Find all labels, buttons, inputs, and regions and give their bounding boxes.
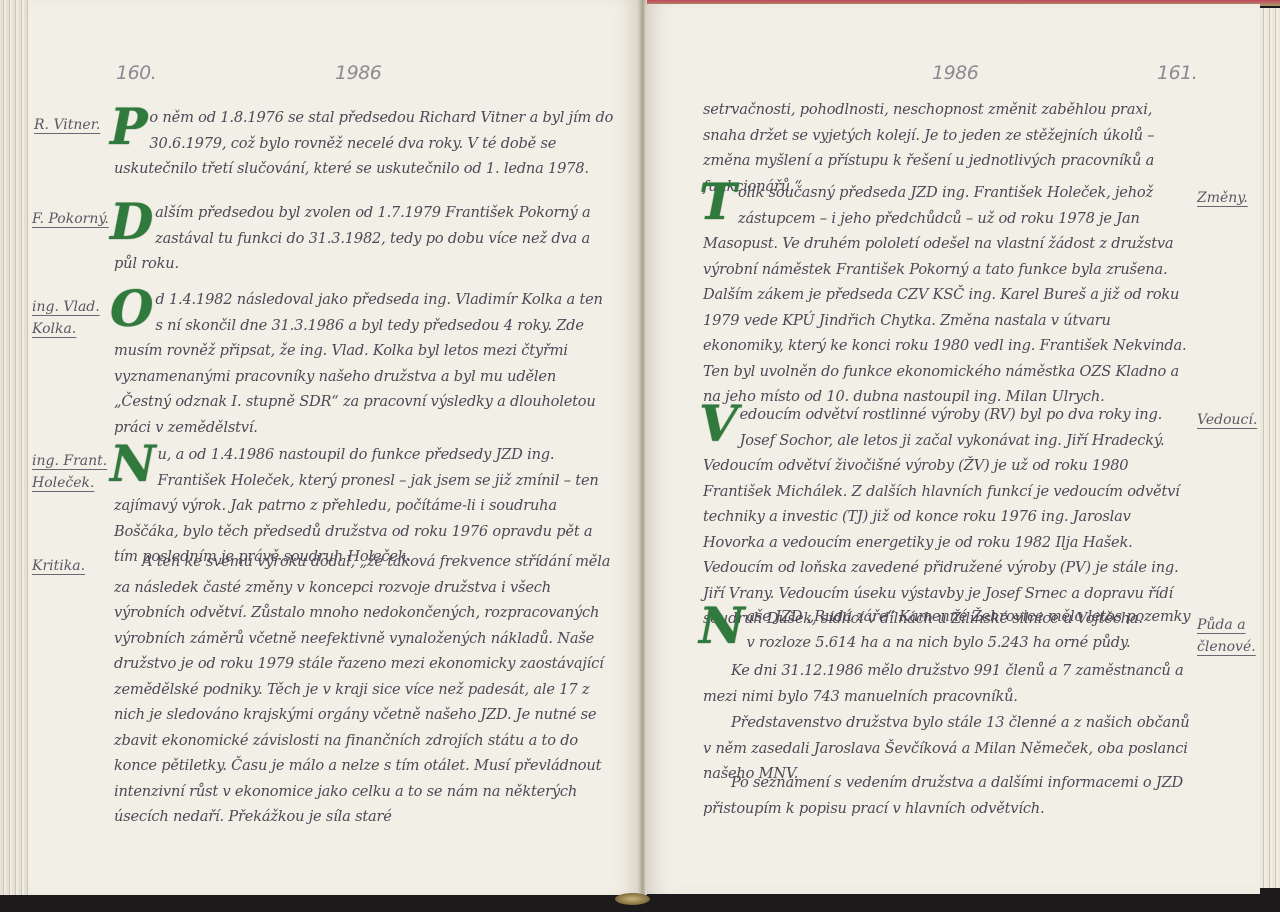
initial-letter-n: N — [699, 606, 745, 646]
paragraph-text: o něm od 1.8.1976 se stal předsedou Rich… — [114, 109, 613, 177]
initial-letter-v: V — [699, 404, 738, 444]
bookmark-ribbon — [615, 893, 650, 905]
margin-note-kolka: ing. Vlad. Kolka. — [32, 296, 102, 340]
paragraph-vitner: P o něm od 1.8.1976 se stal předsedou Ri… — [114, 105, 614, 182]
initial-letter-t: T — [699, 182, 736, 222]
initial-letter-o: O — [110, 289, 153, 329]
margin-note-pokorny: F. Pokorný. — [32, 208, 109, 230]
paragraph-kolka: O d 1.4.1982 následoval jako předseda in… — [114, 287, 614, 440]
left-page: 160. 1986 R. Vitner. P o něm od 1.8.1976… — [28, 0, 640, 895]
paragraph-text: d 1.4.1982 následoval jako předseda ing.… — [114, 291, 603, 436]
paragraph-text: u, a od 1.4.1986 nastoupil do funkce pře… — [114, 446, 599, 565]
paragraph-clenove: Ke dni 31.12.1986 mělo družstvo 991 člen… — [703, 658, 1193, 709]
right-page-number: 161. — [1157, 62, 1197, 84]
right-page: 1986 161. setrvačnosti, pohodlnosti, nes… — [645, 4, 1260, 894]
paragraph-vedouci: V edoucím odvětví rostlinné výroby (RV) … — [703, 402, 1193, 632]
paragraph-zmeny: T olik současný předseda JZD ing. Franti… — [703, 180, 1193, 410]
paragraph-pokorny: D alším předsedou byl zvolen od 1.7.1979… — [114, 200, 614, 277]
paragraph-text: olik současný předseda JZD ing. Františe… — [703, 184, 1186, 405]
initial-letter-d: D — [110, 202, 153, 242]
left-page-edges — [0, 0, 28, 895]
initial-letter-p: P — [110, 107, 147, 147]
paragraph-text: alším předsedou byl zvolen od 1.7.1979 F… — [114, 204, 590, 272]
paragraph-text: A ten ke svému výroku dodal, „že taková … — [114, 553, 610, 825]
paragraph-text: aše JZD „Rudá záře“ Kamenné Žehrovice mě… — [747, 608, 1191, 651]
paragraph-kritika: A ten ke svému výroku dodal, „že taková … — [114, 549, 614, 830]
right-page-edges — [1260, 8, 1280, 888]
left-page-number: 160. — [116, 62, 156, 84]
margin-note-zmeny: Změny. — [1197, 187, 1248, 209]
left-page-year: 1986 — [335, 62, 381, 84]
margin-note-holecek: ing. Frant. Holeček. — [32, 450, 114, 494]
margin-note-kritika: Kritika. — [32, 555, 85, 577]
paragraph-puda: N aše JZD „Rudá záře“ Kamenné Žehrovice … — [703, 604, 1193, 655]
paragraph-text: edoucím odvětví rostlinné výroby (RV) by… — [703, 406, 1180, 627]
margin-note-vedouci: Vedoucí. — [1197, 409, 1257, 431]
paragraph-text: Po seznámení s vedením družstva a dalším… — [703, 774, 1183, 817]
right-page-year: 1986 — [932, 62, 978, 84]
initial-letter-n: N — [110, 444, 156, 484]
margin-note-puda-clenove: Půda a členové. — [1197, 614, 1257, 658]
paragraph-zaver: Po seznámení s vedením družstva a dalším… — [703, 770, 1193, 821]
margin-note-vitner: R. Vitner. — [34, 114, 100, 136]
paragraph-text: Ke dni 31.12.1986 mělo družstvo 991 člen… — [703, 662, 1184, 705]
